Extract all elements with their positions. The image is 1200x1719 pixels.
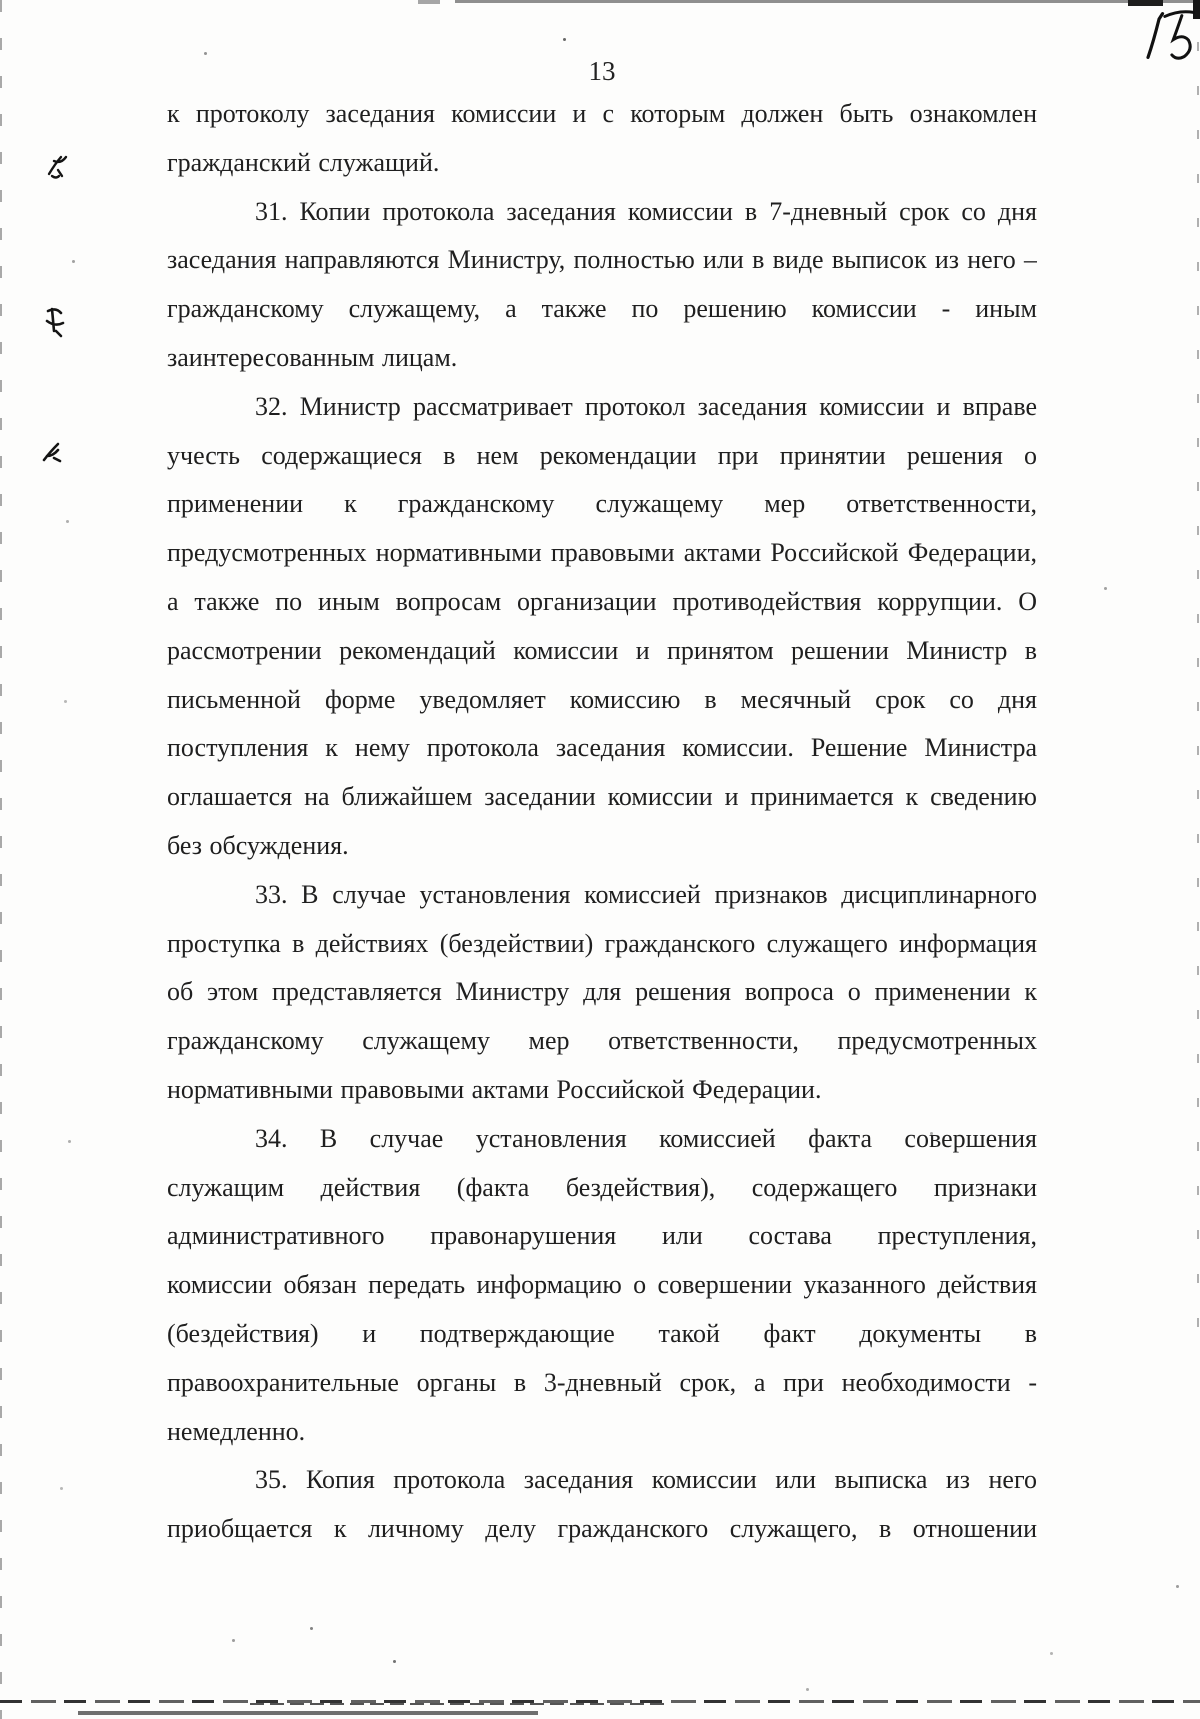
paragraph-34: 34. В случае установления комиссией факт… — [167, 1115, 1037, 1457]
bottom-scan-bar — [78, 1711, 538, 1715]
paragraph-32: 32. Министр рассматривает протокол засед… — [167, 383, 1037, 871]
text-line: поступления к нему протокола заседания к… — [167, 724, 1037, 773]
text-line: а также по иным вопросам организации про… — [167, 578, 1037, 627]
paragraph-continuation: к протоколу заседания комиссии и с котор… — [167, 90, 1037, 188]
paragraph-31: 31. Копии протокола заседания комиссии в… — [167, 188, 1037, 383]
text-line: нормативными правовыми актами Российской… — [167, 1066, 1037, 1115]
text-line: предусмотренных нормативными правовыми а… — [167, 529, 1037, 578]
paragraph-35: 35. Копия протокола заседания комиссии и… — [167, 1456, 1037, 1554]
text-line: гражданский служащий. — [167, 139, 1037, 188]
text-line: правоохранительные органы в 3-дневный ср… — [167, 1359, 1037, 1408]
text-line: заседания направляются Министру, полност… — [167, 236, 1037, 285]
text-line: 35. Копия протокола заседания комиссии и… — [167, 1456, 1037, 1505]
top-edge-scan-strip-segment — [418, 0, 440, 4]
document-body: к протоколу заседания комиссии и с котор… — [167, 90, 1037, 1554]
text-line: административного правонарушения или сос… — [167, 1212, 1037, 1261]
text-line: рассмотрении рекомендаций комиссии и при… — [167, 627, 1037, 676]
margin-ink-blot-2 — [42, 305, 70, 344]
text-line: немедленно. — [167, 1408, 1037, 1457]
scanned-document-page: 13 к протоколу заседания комиссии и с ко… — [0, 0, 1200, 1719]
text-line: 32. Министр рассматривает протокол засед… — [167, 383, 1037, 432]
left-edge-scan-line — [0, 0, 2, 1719]
text-line: гражданскому служащему, а также по решен… — [167, 285, 1037, 334]
bottom-scan-noise-line-2 — [250, 1703, 670, 1705]
handwritten-15-strokes — [1137, 5, 1200, 69]
text-line: применении к гражданскому служащему мер … — [167, 480, 1037, 529]
margin-ink-blot-1 — [46, 152, 72, 187]
text-line: об этом представляется Министру для реше… — [167, 968, 1037, 1017]
text-line: проступка в действиях (бездействии) граж… — [167, 920, 1037, 969]
right-edge-scan-line — [1197, 42, 1199, 1332]
text-line: к протоколу заседания комиссии и с котор… — [167, 90, 1037, 139]
page-number: 13 — [167, 56, 1037, 87]
text-line: без обсуждения. — [167, 822, 1037, 871]
top-right-scan-bar — [1128, 0, 1163, 6]
text-line: оглашается на ближайшем заседании комисс… — [167, 773, 1037, 822]
text-line: 34. В случае установления комиссией факт… — [167, 1115, 1037, 1164]
top-edge-scan-strip — [455, 0, 1200, 3]
text-line: заинтересованным лицам. — [167, 334, 1037, 383]
text-line: письменной форме уведомляет комиссию в м… — [167, 676, 1037, 725]
text-line: приобщается к личному делу гражданского … — [167, 1505, 1037, 1554]
text-line: (бездействия) и подтверждающие такой фак… — [167, 1310, 1037, 1359]
text-line: гражданскому служащему мер ответственнос… — [167, 1017, 1037, 1066]
handwritten-page-number — [1137, 5, 1200, 69]
text-line: учесть содержащиеся в нем рекомендации п… — [167, 432, 1037, 481]
paragraph-33: 33. В случае установления комиссией приз… — [167, 871, 1037, 1115]
scan-specks — [0, 0, 3, 3]
margin-ink-blot-3 — [40, 438, 66, 471]
text-line: 31. Копии протокола заседания комиссии в… — [167, 188, 1037, 237]
text-line: 33. В случае установления комиссией приз… — [167, 871, 1037, 920]
text-line: комиссии обязан передать информацию о со… — [167, 1261, 1037, 1310]
text-line: служащим действия (факта бездействия), с… — [167, 1164, 1037, 1213]
